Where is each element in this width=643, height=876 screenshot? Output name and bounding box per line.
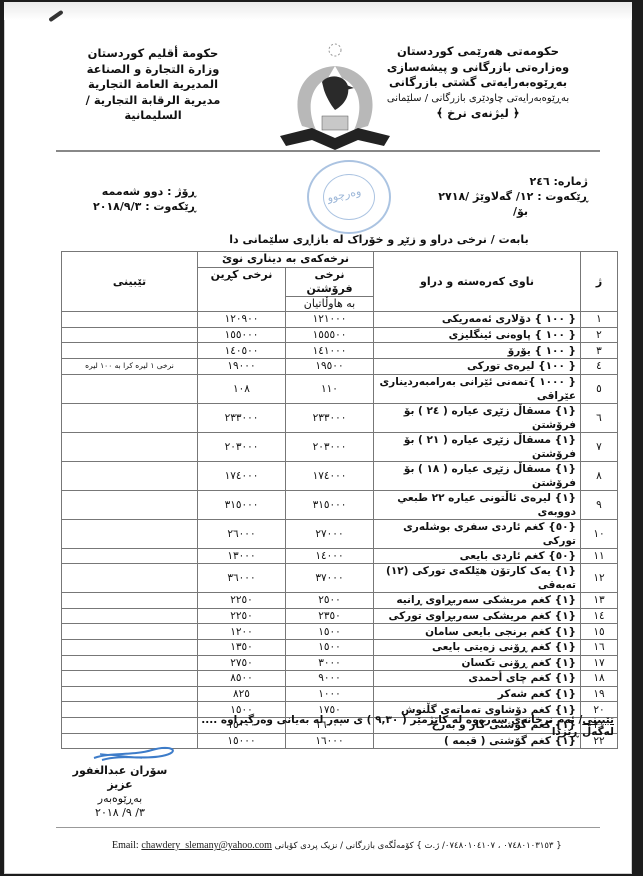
table-row: ٩{١} لیرەی ئاڵتونی عیارە ٢٢ طبعي دووبەی٣… (62, 490, 618, 519)
item-name: {١} یەک کارتۆن هێلکەی تورکی (١٢) تەبەقی (374, 564, 581, 593)
row-number: ٩ (581, 490, 618, 519)
date-block: ڕۆژ : دوو شەممە ڕێکەوت : ٢٠١٨/٩/٣ (76, 184, 196, 214)
footer-divider (56, 827, 600, 828)
row-note (62, 548, 198, 564)
kurdistan-eagle-emblem-icon (272, 38, 398, 158)
buy-price: ٣٦٠٠٠ (198, 564, 286, 593)
row-number: ٤ (581, 358, 618, 374)
email-label: Email: (112, 840, 139, 851)
document-page: حکومەتی هەرێمی کوردستان وەزارەتی بازرگان… (4, 2, 632, 874)
column-header-price-group: نرخەکەی بە دیناری نوێ (198, 252, 374, 268)
signatory-name: سۆران عبدالغفور عزیز (60, 764, 180, 792)
arabic-directorate-line: المديرية العامة التجارية (58, 77, 248, 93)
item-name: { ١٠٠٠ }تمەنی ئێرانی بەرامبەردیناری عێرا… (374, 374, 581, 403)
table-row: ٦{١} مسقاڵ زێڕی عیارە ( ٢٤ ) بۆ فرۆشتن٢٣… (62, 403, 618, 432)
footnote-label: تێبینی (582, 714, 614, 726)
row-number: ١٨ (581, 671, 618, 687)
row-note (62, 374, 198, 403)
item-name: {١} لیرەی ئاڵتونی عیارە ٢٢ طبعي دووبەی (374, 490, 581, 519)
row-number: ١٠ (581, 519, 618, 548)
table-row: ٢{ ١٠٠ } پاوەنی ئینگلیزی١٥٥٥٠٠١٥٥٠٠٠ (62, 327, 618, 343)
row-note (62, 639, 198, 655)
row-note: نرخی ١ لیرە کرا بە ١٠٠ لیرە (62, 358, 198, 374)
row-number: ١٥ (581, 624, 618, 640)
footnote: تێبینی/ ئەم نرخانەی سەرەوە لە کاتژمێر ( … (174, 714, 614, 738)
row-number: ٢ (581, 327, 618, 343)
kurdish-date: ڕێکەوت : ١٢/ گەلاوێژ /٢٧١٨ (388, 189, 588, 204)
column-header-name: ناوی کەرەستە و دراو (374, 252, 581, 312)
row-note (62, 461, 198, 490)
row-number: ١٢ (581, 564, 618, 593)
item-name: {١} کغم ڕۆنی تکسان (374, 655, 581, 671)
arabic-letterhead: حكومة أقليم كوردستان وزارة التجارة و الص… (58, 46, 248, 124)
item-name: {١} کغم ڕۆنی زەیتی بایعی (374, 639, 581, 655)
sell-price: ١١٠ (286, 374, 374, 403)
row-number: ٥ (581, 374, 618, 403)
buy-price: ٢٧٥٠ (198, 655, 286, 671)
row-number: ١١ (581, 548, 618, 564)
row-note (62, 608, 198, 624)
arabic-sub-directorate-line: مديرية الرقابة التجارية / السليمانية (58, 93, 248, 124)
buy-price: ٨٢٥ (198, 686, 286, 702)
table-header-row: ژ ناوی کەرەستە و دراو نرخەکەی بە دیناری … (62, 252, 618, 268)
item-name: { ١٠٠} لیرەی تورکی (374, 358, 581, 374)
row-number: ١٧ (581, 655, 618, 671)
table-row: ١٠{٥٠} کغم ئاردی سفری بوشلەری تورکی٢٧٠٠٠… (62, 519, 618, 548)
row-note (62, 432, 198, 461)
subject-line: بابەت / نرخی دراو و زێڕ و خۆراک لە بازاڕ… (194, 233, 564, 246)
row-number: ١٩ (581, 686, 618, 702)
sell-price: ٩٠٠٠ (286, 671, 374, 687)
row-number: ٧ (581, 432, 618, 461)
buy-price: ٨٥٠٠ (198, 671, 286, 687)
reference-block: ژمارە: ٢٤٦ ڕێکەوت : ١٢/ گەلاوێژ /٢٧١٨ بۆ… (388, 174, 588, 219)
item-name: {١} مسقاڵ زێڕی عیارە ( ٢٤ ) بۆ فرۆشتن (374, 403, 581, 432)
sell-price: ٢٥٠٠ (286, 593, 374, 609)
buy-price: ١٧٤٠٠٠ (198, 461, 286, 490)
sell-price: ١٤١٠٠٠ (286, 343, 374, 359)
buy-price: ٢٢٥٠ (198, 593, 286, 609)
buy-price: ١٩٠٠٠ (198, 358, 286, 374)
table-row: ٧{١} مسقاڵ زێڕی عیارە ( ٢١ ) بۆ فرۆشتن٢٠… (62, 432, 618, 461)
sell-price: ٣٠٠٠ (286, 655, 374, 671)
buy-price: ١٥٥٠٠٠ (198, 327, 286, 343)
row-note (62, 686, 198, 702)
footnote-text: / ئەم نرخانەی سەرەوە لە کاتژمێر ( ٩,٣٠ )… (201, 714, 614, 738)
column-header-sell: نرخی فرۆشتن (286, 267, 374, 296)
sell-price: ١٥٠٠ (286, 624, 374, 640)
row-note (62, 519, 198, 548)
email-link[interactable]: chawdery_slemany@yahoo.com (141, 840, 272, 851)
recipient: بۆ/ (388, 204, 588, 219)
sell-price: ١٩٥٠٠ (286, 358, 374, 374)
table-row: ١٧{١} کغم ڕۆنی تکسان٣٠٠٠٢٧٥٠ (62, 655, 618, 671)
row-note (62, 655, 198, 671)
sell-price: ٢٧٠٠٠ (286, 519, 374, 548)
buy-price: ٣١٥٠٠٠ (198, 490, 286, 519)
sell-price: ١٥٥٥٠٠ (286, 327, 374, 343)
sell-price: ١٧٤٠٠٠ (286, 461, 374, 490)
sell-price: ١٠٠٠ (286, 686, 374, 702)
buy-price: ١٢٠٠ (198, 624, 286, 640)
item-name: {٥٠} کغم ئاردی بایعی (374, 548, 581, 564)
table-row: ١{ ١٠٠ } دۆلاری ئەمەریکی١٢١٠٠٠١٢٠٩٠٠ (62, 312, 618, 328)
column-header-sell-sub: بە هاوڵاتیان (286, 296, 374, 312)
item-name: {١} کغم برنجی بایعی سامان (374, 624, 581, 640)
item-name: {١} کغم مریشکی سەربڕاوی ڕانیە (374, 593, 581, 609)
item-name: { ١٠٠ } یۆرۆ (374, 343, 581, 359)
gregorian-date: ڕێکەوت : ٢٠١٨/٩/٣ (76, 199, 196, 214)
table-row: ٨{١} مسقاڵ زێڕی عیارە ( ١٨ ) بۆ فرۆشتن١٧… (62, 461, 618, 490)
row-number: ١٤ (581, 608, 618, 624)
buy-price: ٢٣٣٠٠٠ (198, 403, 286, 432)
reference-number: ژمارە: ٢٤٦ (388, 174, 588, 189)
row-note (62, 490, 198, 519)
buy-price: ١٢٠٩٠٠ (198, 312, 286, 328)
table-row: ١١{٥٠} کغم ئاردی بایعی١٤٠٠٠١٣٠٠٠ (62, 548, 618, 564)
arabic-gov-line: حكومة أقليم كوردستان (58, 46, 248, 62)
sell-price: ١٥٠٠ (286, 639, 374, 655)
table-row: ٣{ ١٠٠ } یۆرۆ١٤١٠٠٠١٤٠٥٠٠ (62, 343, 618, 359)
column-header-buy: نرخی کڕین (198, 267, 286, 312)
row-note (62, 312, 198, 328)
sell-price: ٢٣٥٠ (286, 608, 374, 624)
table-row: ١٢{١} یەک کارتۆن هێلکەی تورکی (١٢) تەبەق… (62, 564, 618, 593)
table-row: ١٨{١} کغم چای أحمدی٩٠٠٠٨٥٠٠ (62, 671, 618, 687)
header-divider (56, 150, 600, 152)
row-note (62, 564, 198, 593)
official-stamp: وەرچوو (307, 160, 391, 234)
footer-address: { ٠٧٤٨٠١٠٣١٥٣ ، ٠٧٤٨٠١٠٤١٠٧/ ژ.ت } کۆمەڵ… (275, 841, 562, 851)
table-row: ١٦{١} کغم ڕۆنی زەیتی بایعی١٥٠٠١٣٥٠ (62, 639, 618, 655)
row-note (62, 671, 198, 687)
weekday: ڕۆژ : دوو شەممە (76, 184, 196, 199)
item-name: {١} مسقاڵ زێڕی عیارە ( ١٨ ) بۆ فرۆشتن (374, 461, 581, 490)
row-note (62, 403, 198, 432)
row-note (62, 593, 198, 609)
table-row: ٤{ ١٠٠} لیرەی تورکی١٩٥٠٠١٩٠٠٠نرخی ١ لیرە… (62, 358, 618, 374)
item-name: {٥٠} کغم ئاردی سفری بوشلەری تورکی (374, 519, 581, 548)
item-name: { ١٠٠ } دۆلاری ئەمەریکی (374, 312, 581, 328)
signatory-title: بەڕێوەبەر (60, 792, 180, 806)
column-header-no: ژ (581, 252, 618, 312)
footer: Email: chawdery_slemany@yahoo.com { ٠٧٤٨… (112, 840, 622, 851)
row-number: ١٣ (581, 593, 618, 609)
buy-price: ٢٠٣٠٠٠ (198, 432, 286, 461)
sell-price: ٣١٥٠٠٠ (286, 490, 374, 519)
table-row: ١٣{١} کغم مریشکی سەربڕاوی ڕانیە٢٥٠٠٢٢٥٠ (62, 593, 618, 609)
row-note (62, 343, 198, 359)
row-number: ٨ (581, 461, 618, 490)
arabic-ministry-line: وزارة التجارة و الصناعة (58, 62, 248, 78)
signature-icon (92, 742, 180, 764)
sell-price: ٢٣٣٠٠٠ (286, 403, 374, 432)
item-name: {١} کغم مریشکی سەربڕاوی تورکی (374, 608, 581, 624)
row-note (62, 624, 198, 640)
table-row: ١٤{١} کغم مریشکی سەربڕاوی تورکی٢٣٥٠٢٢٥٠ (62, 608, 618, 624)
buy-price: ٢٢٥٠ (198, 608, 286, 624)
buy-price: ١٣٠٠٠ (198, 548, 286, 564)
sell-price: ٣٧٠٠٠ (286, 564, 374, 593)
page-shadow (4, 2, 632, 20)
buy-price: ١٠٨ (198, 374, 286, 403)
table-row: ١٩{١} کغم شەکر١٠٠٠٨٢٥ (62, 686, 618, 702)
item-name: {١} مسقاڵ زێڕی عیارە ( ٢١ ) بۆ فرۆشتن (374, 432, 581, 461)
row-number: ١٦ (581, 639, 618, 655)
buy-price: ١٤٠٥٠٠ (198, 343, 286, 359)
table-row: ٥{ ١٠٠٠ }تمەنی ئێرانی بەرامبەردیناری عێر… (62, 374, 618, 403)
table-row: ١٥{١} کغم برنجی بایعی سامان١٥٠٠١٢٠٠ (62, 624, 618, 640)
sell-price: ٢٠٣٠٠٠ (286, 432, 374, 461)
buy-price: ١٣٥٠ (198, 639, 286, 655)
row-number: ٦ (581, 403, 618, 432)
column-header-note: تێبینی (62, 252, 198, 312)
signatory-block: سۆران عبدالغفور عزیز بەڕێوەبەر ٣/ ٩/ ٢٠١… (60, 764, 180, 820)
signatory-date: ٣/ ٩/ ٢٠١٨ (60, 806, 180, 820)
item-name: { ١٠٠ } پاوەنی ئینگلیزی (374, 327, 581, 343)
item-name: {١} کغم شەکر (374, 686, 581, 702)
buy-price: ٢٦٠٠٠ (198, 519, 286, 548)
item-name: {١} کغم چای أحمدی (374, 671, 581, 687)
sell-price: ١٤٠٠٠ (286, 548, 374, 564)
row-number: ١ (581, 312, 618, 328)
sell-price: ١٢١٠٠٠ (286, 312, 374, 328)
row-note (62, 327, 198, 343)
price-table: ژ ناوی کەرەستە و دراو نرخەکەی بە دیناری … (61, 251, 618, 749)
row-number: ٣ (581, 343, 618, 359)
